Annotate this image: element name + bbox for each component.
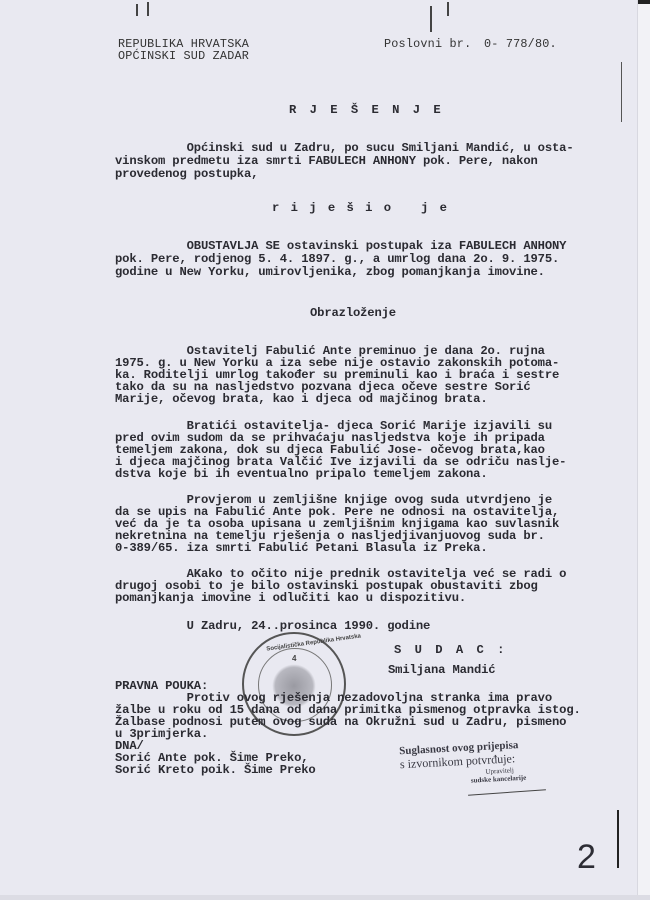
scan-mark: [447, 2, 449, 16]
document-title: R J E Š E N J E: [289, 104, 444, 117]
court-name-line2: OPĆINSKI SUD ZADAR: [118, 50, 249, 63]
cert-line: sudske kancelarije: [471, 774, 527, 785]
judge-title: S U D A C :: [394, 644, 507, 657]
margin-line: [621, 62, 622, 122]
scan-mark: [136, 4, 138, 16]
text-line: provedenog postupka,: [115, 168, 258, 181]
scan-corner: [638, 0, 650, 4]
scan-edge: [637, 0, 650, 900]
reasoning-heading: Obrazloženje: [310, 307, 396, 320]
scan-edge-bottom: [0, 895, 650, 900]
seal-number: 4: [292, 654, 296, 663]
scan-mark: [147, 2, 149, 16]
certification-stamp: Suglasnost ovog prijepisa s izvornikom p…: [399, 739, 527, 789]
place-and-date: U Zadru, 24..prosinca 1990. godine: [115, 620, 430, 633]
text-line: pomanjkanja imovine i odlučiti kao u dis…: [115, 592, 466, 605]
case-number-label: Poslovni br.: [384, 38, 471, 51]
text-line: godine u New Yorku, umirovljenika, zbog …: [115, 266, 545, 279]
signature-line: [468, 789, 546, 795]
decided-heading: r i j e š i o j e: [272, 202, 449, 215]
case-number: 0- 778/80.: [484, 38, 557, 51]
text-line: dstva koje bi ih eventualno pripalo teme…: [115, 468, 488, 481]
text-line: 0-389/65. iza smrti Fabulić Petani Blasu…: [115, 542, 488, 555]
seal-text: Socijalistička Republika Hrvatska: [266, 633, 361, 652]
recipient: Sorić Kreto poik. Šime Preko: [115, 764, 316, 777]
text-line: Marije, očevog brata, kao i djeca od maj…: [115, 393, 488, 406]
judge-name: Smiljana Mandić: [388, 664, 495, 677]
margin-stroke: [617, 810, 619, 868]
scan-mark: [430, 6, 432, 32]
scanned-document-page: REPUBLIKA HRVATSKA OPĆINSKI SUD ZADAR Po…: [0, 0, 650, 900]
page-number: 2: [577, 838, 596, 877]
